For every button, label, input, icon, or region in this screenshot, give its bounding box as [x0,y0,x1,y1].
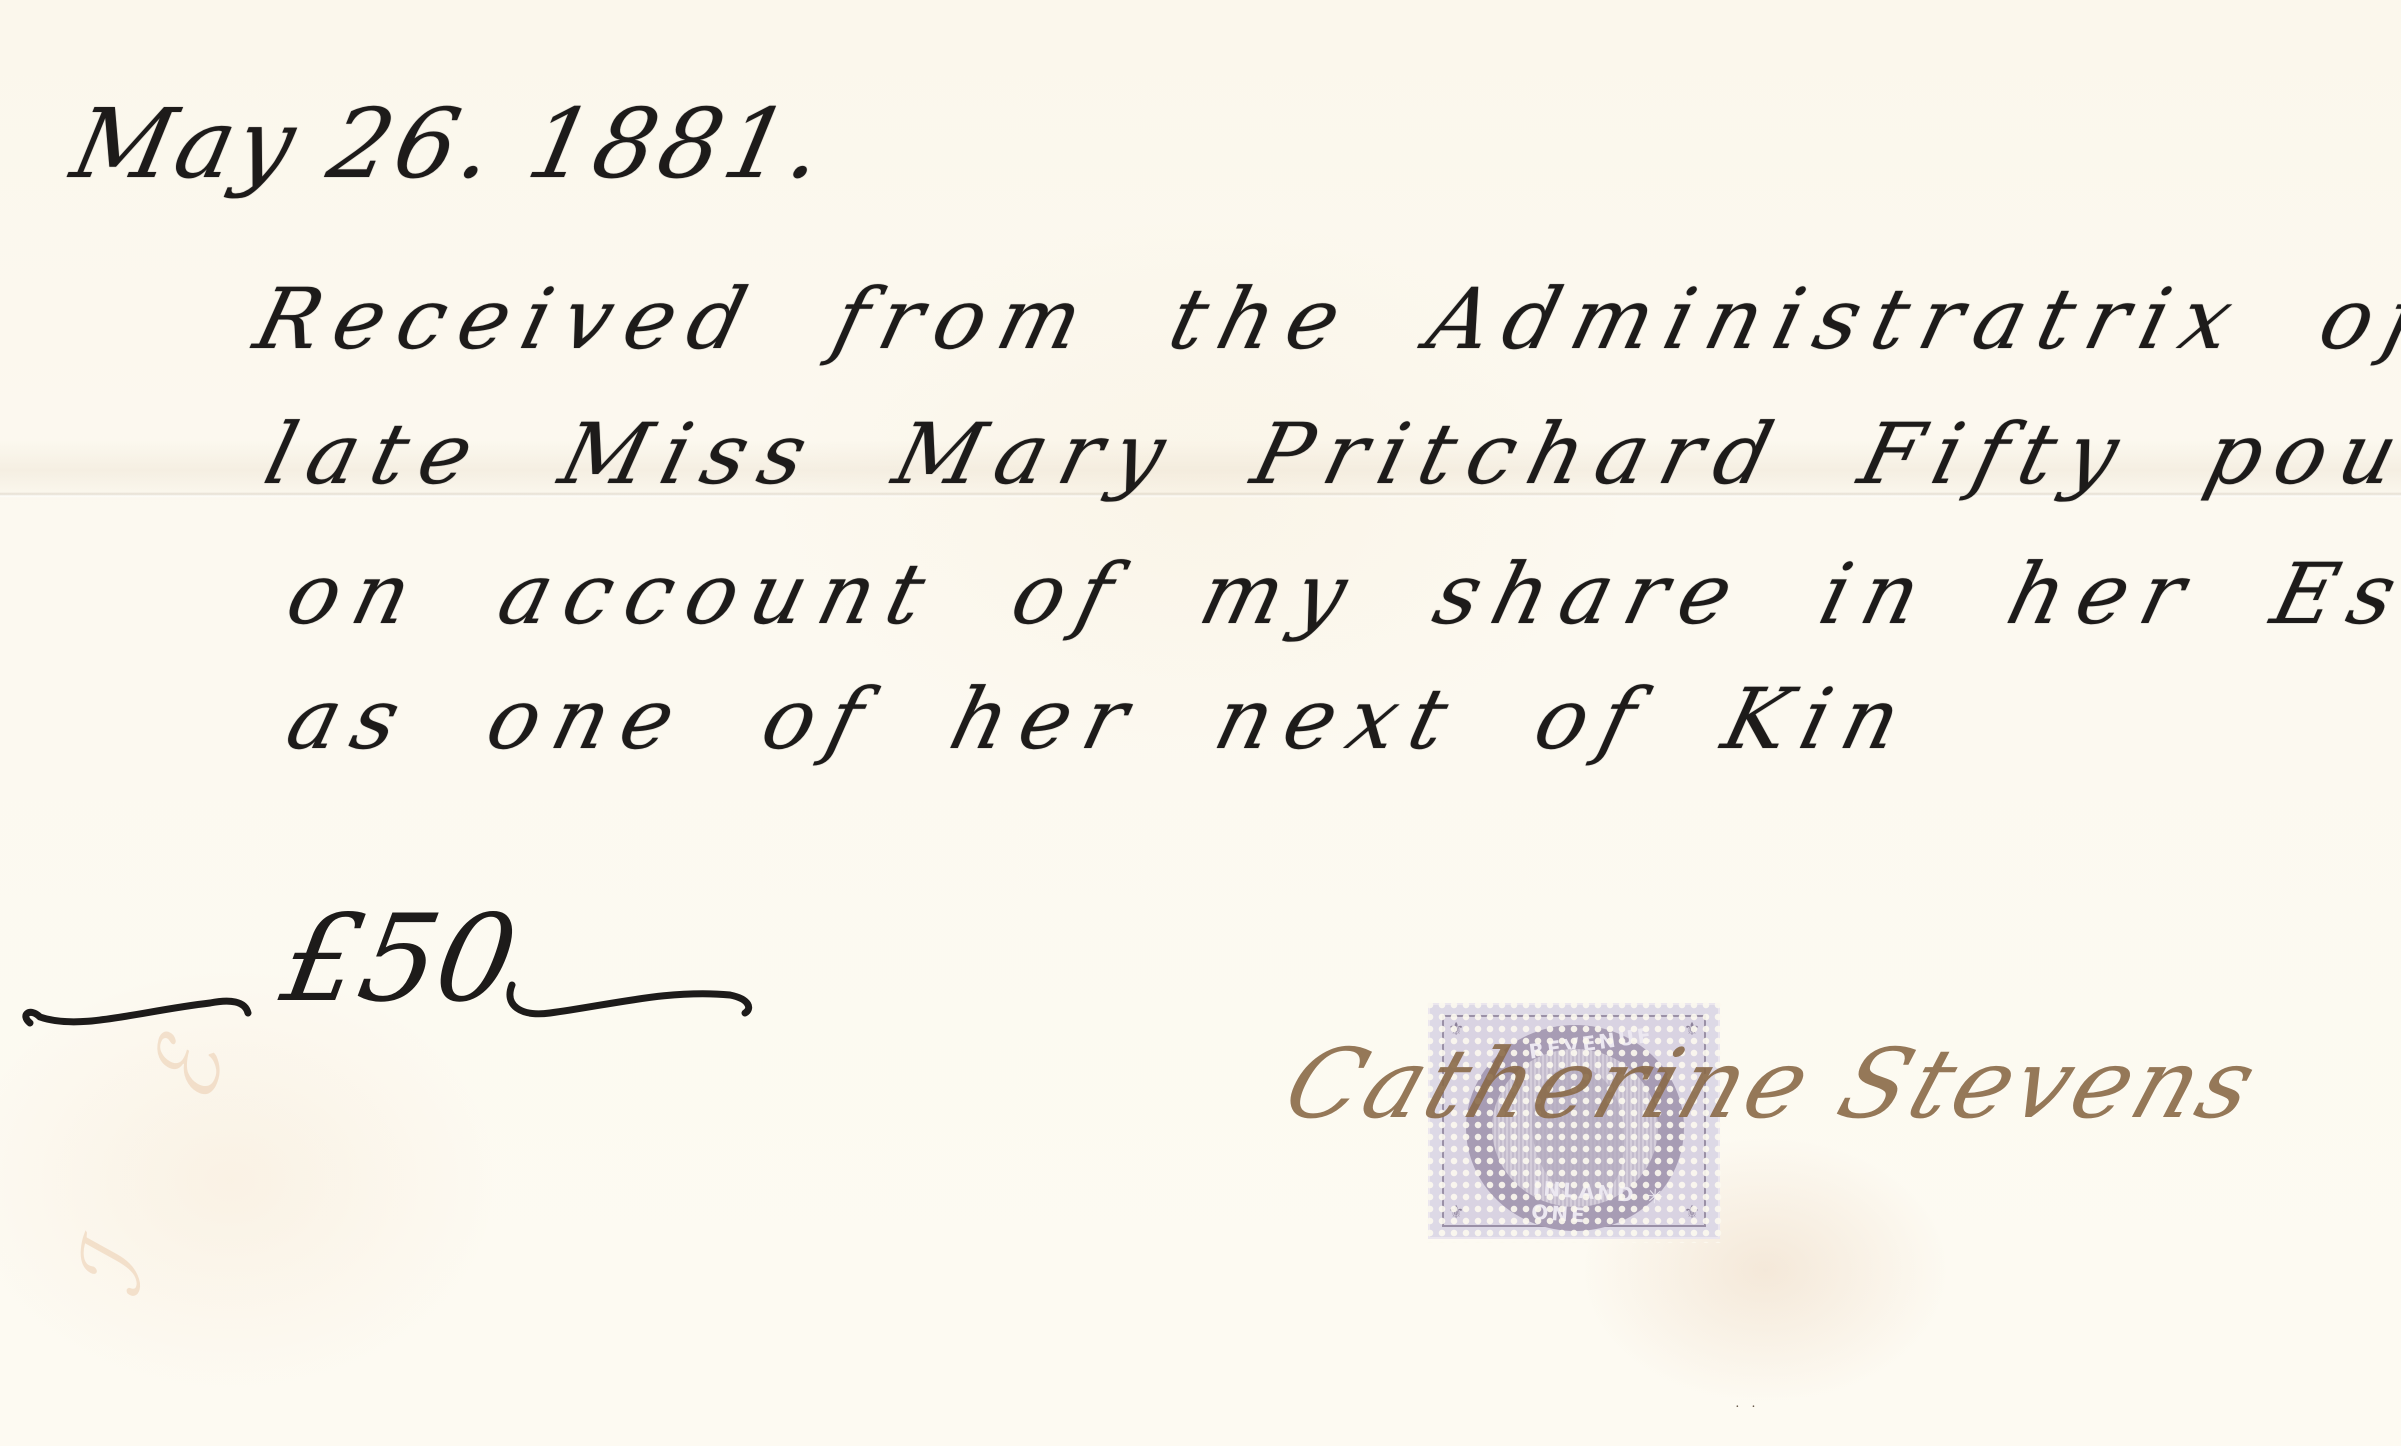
body-line-2: late Miss Mary Pritchard Fifty pounds [256,405,2401,503]
amount-block: £50 [20,880,760,1050]
signature: Catherine Stevens [1272,1028,2273,1140]
left-flourish-icon [20,985,260,1035]
fleur-de-lis-icon: ⚜ [1684,1202,1700,1223]
amount-value: £50 [273,890,527,1029]
body-line-4: as one of her next of Kin [278,670,1924,768]
right-flourish-icon [500,975,760,1035]
receipt-date: May 26. 1881. [63,88,837,200]
stamp-bottom-text: INLAND ✳ ONE [1531,1176,1686,1234]
fleur-de-lis-icon: ⚜ [1448,1202,1464,1223]
body-line-3: on account of my share in her Estate [278,545,2401,643]
body-line-1: Received from the Administratrix of the [246,270,2401,368]
paper-specks: · · [1735,1400,1760,1416]
